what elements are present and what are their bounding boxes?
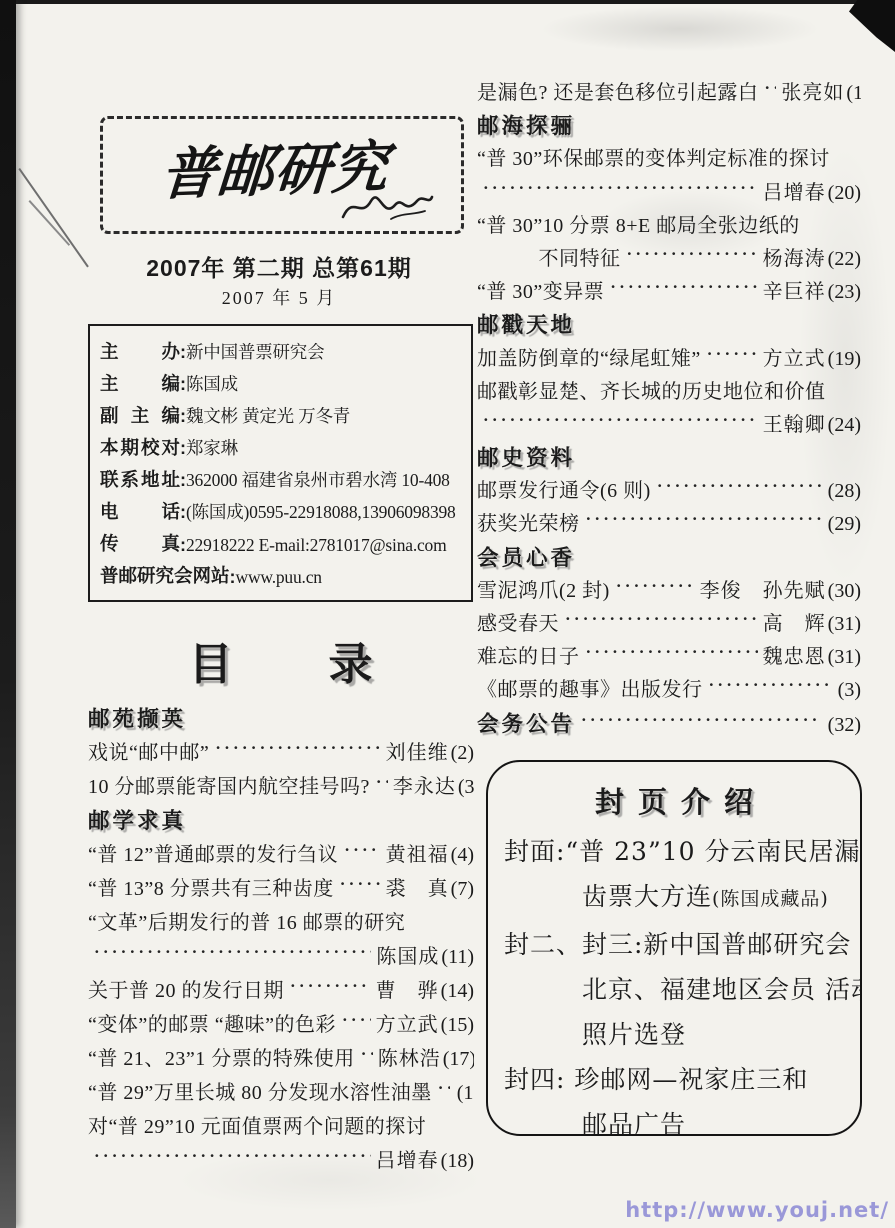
toc-item-row: 《邮票的趣事》出版发行(3) <box>477 673 861 706</box>
toc-section-header-label: 邮海探骊 <box>477 109 575 140</box>
toc-item-row: “变体”的邮票 “趣味”的色彩方立武(15) <box>88 1008 474 1042</box>
toc-item-author: 方立武 <box>376 1008 439 1037</box>
info-label: 主办 <box>100 338 180 364</box>
cover-intro-line: 邮品广告 <box>504 1102 844 1136</box>
leader-dots <box>290 977 371 997</box>
toc-item-row: 吕增春(20) <box>477 176 861 209</box>
leader-dots <box>627 245 758 265</box>
toc-item-row: “普 30”变异票辛巨祥(23) <box>477 275 861 308</box>
toc-section-header-label: 邮学求真 <box>88 804 186 835</box>
toc-item-title: 关于普 20 的发行日期 <box>88 974 284 1003</box>
cover-intro-line: 封四: 珍邮网—祝家庄三和 <box>504 1057 844 1102</box>
toc-item-author: 裘 真 <box>386 872 449 901</box>
publication-info-row: 主编:陈国成 <box>100 370 461 396</box>
toc-item-row: “普 12”普通邮票的发行刍议黄祖福(4) <box>88 838 474 872</box>
leader-dots <box>764 79 776 99</box>
toc-item-title: 邮票发行通令(6 则) <box>477 474 651 503</box>
cover-intro-line: 齿票大方连(陈国成藏品) <box>504 874 844 922</box>
scan-scratch-line <box>18 168 88 267</box>
leader-dots <box>344 841 380 861</box>
cover-line-text: 封面:“普 23”10 分云南民居漏 <box>504 837 861 866</box>
info-value: 魏文彬 黄定光 万冬青 <box>186 406 350 426</box>
leader-dots <box>610 278 757 298</box>
masthead-logo-box: 普邮研究 <box>100 116 464 234</box>
toc-item-row: 对“普 29”10 元面值票两个问题的探讨 <box>88 1110 474 1144</box>
toc-item-author: 刘佳维 <box>386 736 449 765</box>
toc-item-page: (24) <box>828 414 861 437</box>
leader-dots <box>565 610 758 630</box>
cover-intro-title: 封页介绍 <box>504 780 844 821</box>
toc-item-row: 加盖防倒章的“绿尾虹雉”方立式(19) <box>477 342 861 375</box>
publication-info-box: 主办:新中国普票研究会主编:陈国成副主编:魏文彬 黄定光 万冬青本期校对:郑家琳… <box>88 324 473 602</box>
toc-item-title: “普 12”普通邮票的发行刍议 <box>88 838 338 867</box>
toc-item-author: 辛巨祥 <box>763 275 826 304</box>
toc-item-author: 张亮如 <box>781 76 844 105</box>
cover-intro-lines: 封面:“普 23”10 分云南民居漏 齿票大方连(陈国成藏品)封二、封三:新中国… <box>504 829 844 1136</box>
toc-item-page: (17) <box>443 1048 474 1071</box>
toc-item-author: 王翰卿 <box>763 408 826 437</box>
toc-item-title: 10 分邮票能寄国内航空挂号吗? <box>88 770 370 799</box>
publication-info-row: 电话:(陈国成)0595-22918088,13906098398 <box>100 498 461 524</box>
publication-info-row: 联系地址:362000 福建省泉州市碧水湾 10-408 <box>100 466 461 492</box>
publication-info-row: 本期校对:郑家琳 <box>100 434 461 460</box>
publication-info-row: 传真:22918222 E-mail:2781017@sina.com <box>100 530 461 556</box>
toc-section-header-row: 邮苑撷英 <box>88 702 474 736</box>
publication-info-rows: 主办:新中国普票研究会主编:陈国成副主编:魏文彬 黄定光 万冬青本期校对:郑家琳… <box>100 338 461 588</box>
toc-item-row: “文革”后期发行的普 16 邮票的研究 <box>88 906 474 940</box>
toc-item-author: 李永达 <box>393 770 456 799</box>
cover-intro-box: 封页介绍 封面:“普 23”10 分云南民居漏 齿票大方连(陈国成藏品)封二、封… <box>486 760 862 1136</box>
toc-item-page: (14) <box>441 980 474 1003</box>
info-label: 主编 <box>100 370 180 396</box>
cover-line-text: 齿票大方连 <box>504 882 712 911</box>
publication-info-row: 普邮研究会网站:www.puu.cn <box>100 562 461 588</box>
toc-item-row: 陈国成(11) <box>88 940 474 974</box>
toc-item-row: 10 分邮票能寄国内航空挂号吗?李永达(3) <box>88 770 474 804</box>
toc-item-page: (32) <box>828 714 861 737</box>
info-value: 362000 福建省泉州市碧水湾 10-408 <box>186 470 450 490</box>
toc-item-row: 获奖光荣榜(29) <box>477 507 861 540</box>
toc-item-title: 加盖防倒章的“绿尾虹雉” <box>477 342 701 371</box>
toc-item-page: (17) <box>457 1082 474 1105</box>
toc-item-title: “普 30”10 分票 8+E 邮局全张边纸的 <box>477 209 800 238</box>
toc-section-header-row: 邮海探骊 <box>477 109 861 142</box>
cover-line-text: 照片选登 <box>504 1020 686 1049</box>
leader-dots <box>342 1011 371 1031</box>
toc-item-page: (15) <box>441 1014 474 1037</box>
publication-info-row: 主办:新中国普票研究会 <box>100 338 461 364</box>
info-value: 新中国普票研究会 <box>186 342 324 362</box>
toc-title: 目 录 <box>88 628 473 692</box>
toc-item-page: (31) <box>828 613 861 636</box>
toc-item-page: (20) <box>828 182 861 205</box>
cover-line-text: 封四: 珍邮网—祝家庄三和 <box>504 1065 808 1094</box>
cover-intro-line: 封面:“普 23”10 分云南民居漏 <box>504 829 844 874</box>
toc-section-header-label: 邮史资料 <box>477 441 575 472</box>
toc-item-page: (19) <box>828 348 861 371</box>
info-value: 郑家琳 <box>186 438 238 458</box>
toc-item-row: 吕增春(18) <box>88 1144 474 1178</box>
toc-section-header-label: 会员心香 <box>477 541 575 572</box>
toc-item-row: 是漏色? 还是套色移位引起露白张亮如(19) <box>477 76 861 109</box>
cover-intro-line: 北京、福建地区会员 活动 <box>504 967 844 1012</box>
toc-item-page: (7) <box>451 878 474 901</box>
toc-item-title: 感受春天 <box>477 607 559 636</box>
leader-dots <box>438 1079 450 1099</box>
info-label: 普邮研究会网站 <box>100 562 230 588</box>
leader-dots <box>94 943 371 963</box>
toc-item-page: (28) <box>828 480 861 503</box>
cover-line-text: 封二、封三:新中国普邮研究会 <box>504 930 851 959</box>
toc-section-header-label: 邮苑撷英 <box>88 702 186 733</box>
leader-dots <box>586 510 821 530</box>
cover-line-text: 邮品广告 <box>504 1110 686 1136</box>
scanned-magazine-toc-page: 普邮研究 2007年 第二期 总第61期 2007 年 5 月 主办:新中国普票… <box>0 0 895 1228</box>
toc-item-page: (3) <box>838 679 861 702</box>
leader-dots <box>586 643 758 663</box>
toc-item-title: “普 30”环保邮票的变体判定标准的探讨 <box>477 142 830 171</box>
toc-item-page: (3) <box>458 776 474 799</box>
scan-scratch-line <box>29 200 70 246</box>
toc-item-author: 方立式 <box>763 342 826 371</box>
toc-item-title: 获奖光荣榜 <box>477 507 580 536</box>
cover-line-note: (陈国成藏品) <box>712 888 829 910</box>
toc-item-title: “普 21、23”1 分票的特殊使用 <box>88 1042 355 1071</box>
scan-edge-left-binding <box>0 0 16 1228</box>
toc-item-author: 吕增春 <box>376 1144 439 1173</box>
toc-item-author: 杨海涛 <box>763 242 826 271</box>
toc-item-author: 黄祖福 <box>386 838 449 867</box>
toc-right-list: 是漏色? 还是套色移位引起露白张亮如(19)邮海探骊“普 30”环保邮票的变体判… <box>477 76 861 740</box>
issue-date-line: 2007 年 5 月 <box>100 284 458 310</box>
toc-right-column: 是漏色? 还是套色移位引起露白张亮如(19)邮海探骊“普 30”环保邮票的变体判… <box>477 76 861 748</box>
toc-item-row: 雪泥鸿爪(2 封)李俊 孙先赋(30) <box>477 574 861 607</box>
cover-intro-line: 照片选登 <box>504 1012 844 1057</box>
toc-item-title: 对“普 29”10 元面值票两个问题的探讨 <box>88 1110 426 1139</box>
info-label: 电话 <box>100 498 180 524</box>
toc-item-page: (29) <box>828 513 861 536</box>
toc-item-title: “普 29”万里长城 80 分发现水溶性油墨 <box>88 1076 432 1105</box>
toc-item-title: 不同特征 <box>477 242 621 271</box>
toc-item-page: (30) <box>828 580 861 603</box>
leader-dots <box>483 179 758 199</box>
leader-dots <box>483 411 758 431</box>
toc-item-author: 魏忠恩 <box>763 640 826 669</box>
leader-dots <box>581 711 821 731</box>
toc-item-row: “普 13”8 分票共有三种齿度裘 真(7) <box>88 872 474 906</box>
leader-dots <box>94 1147 371 1167</box>
leader-dots <box>361 1045 373 1065</box>
scan-edge-top <box>0 0 895 4</box>
toc-item-page: (22) <box>828 248 861 271</box>
toc-item-row: “普 21、23”1 分票的特殊使用陈林浩(17) <box>88 1042 474 1076</box>
info-label: 本期校对 <box>100 434 180 460</box>
leader-dots <box>215 739 380 759</box>
toc-item-title: 是漏色? 还是套色移位引起露白 <box>477 76 758 105</box>
toc-section-header-row: 邮戳天地 <box>477 308 861 341</box>
toc-item-page: (19) <box>846 82 861 105</box>
toc-item-row: “普 30”10 分票 8+E 邮局全张边纸的 <box>477 209 861 242</box>
toc-section-header-row: 会务公告(32) <box>477 707 861 740</box>
toc-item-title: 邮戳彰显楚、齐长城的历史地位和价值 <box>477 375 826 404</box>
toc-section-header-row: 邮学求真 <box>88 804 474 838</box>
toc-item-row: 感受春天高 辉(31) <box>477 607 861 640</box>
toc-item-row: “普 29”万里长城 80 分发现水溶性油墨(17) <box>88 1076 474 1110</box>
leader-dots <box>657 477 821 497</box>
leader-dots <box>709 676 831 696</box>
info-value: www.puu.cn <box>236 567 322 587</box>
footer-watermark-url: http://www.youj.net/ <box>625 1198 889 1222</box>
toc-item-title: “文革”后期发行的普 16 邮票的研究 <box>88 906 405 935</box>
toc-item-title: 戏说“邮中邮” <box>88 736 209 765</box>
toc-item-row: 难忘的日子魏忠恩(31) <box>477 640 861 673</box>
toc-item-page: (11) <box>441 946 474 969</box>
toc-item-page: (31) <box>828 646 861 669</box>
toc-left-list: 邮苑撷英戏说“邮中邮”刘佳维(2)10 分邮票能寄国内航空挂号吗?李永达(3)邮… <box>88 702 474 1178</box>
toc-item-page: (23) <box>828 281 861 304</box>
toc-item-author: 陈国成 <box>376 940 439 969</box>
toc-item-author: 吕增春 <box>763 176 826 205</box>
toc-item-row: 关于普 20 的发行日期曹 骅(14) <box>88 974 474 1008</box>
toc-section-header-row: 邮史资料 <box>477 441 861 474</box>
toc-left-column: 邮苑撷英戏说“邮中邮”刘佳维(2)10 分邮票能寄国内航空挂号吗?李永达(3)邮… <box>88 702 474 1198</box>
toc-item-author: 高 辉 <box>763 607 826 636</box>
toc-section-header-label: 会务公告 <box>477 707 575 738</box>
info-label: 联系地址 <box>100 466 180 492</box>
toc-item-page: (2) <box>451 742 474 765</box>
toc-item-page: (4) <box>451 844 474 867</box>
info-value: (陈国成)0595-22918088,13906098398 <box>186 502 456 522</box>
cover-line-text: 北京、福建地区会员 活动 <box>504 975 862 1004</box>
toc-item-row: 邮戳彰显楚、齐长城的历史地位和价值 <box>477 375 861 408</box>
issue-number-line: 2007年 第二期 总第61期 <box>100 250 458 283</box>
toc-item-title: “普 30”变异票 <box>477 275 604 304</box>
toc-item-page: (18) <box>441 1150 474 1173</box>
leader-dots <box>616 577 695 597</box>
toc-item-row: “普 30”环保邮票的变体判定标准的探讨 <box>477 142 861 175</box>
publication-info-row: 副主编:魏文彬 黄定光 万冬青 <box>100 402 461 428</box>
toc-item-title: 难忘的日子 <box>477 640 580 669</box>
toc-item-row: 不同特征杨海涛(22) <box>477 242 861 275</box>
leader-dots <box>707 345 758 365</box>
toc-item-row: 邮票发行通令(6 则)(28) <box>477 474 861 507</box>
leader-dots <box>376 773 388 793</box>
toc-item-title: “变体”的邮票 “趣味”的色彩 <box>88 1008 336 1037</box>
cover-intro-line: 封二、封三:新中国普邮研究会 <box>504 922 844 967</box>
info-label: 副主编 <box>100 402 180 428</box>
signature-scribble-icon <box>339 185 435 227</box>
info-value: 22918222 E-mail:2781017@sina.com <box>186 535 447 555</box>
toc-item-row: 王翰卿(24) <box>477 408 861 441</box>
info-label: 传真 <box>100 530 180 556</box>
toc-item-title: “普 13”8 分票共有三种齿度 <box>88 872 334 901</box>
scan-corner-mark <box>849 0 895 52</box>
toc-section-header-label: 邮戳天地 <box>477 308 575 339</box>
toc-item-author: 陈林浩 <box>378 1042 441 1071</box>
toc-section-header-row: 会员心香 <box>477 541 861 574</box>
scan-smudge <box>540 6 820 52</box>
toc-item-author: 李俊 孙先赋 <box>700 574 826 603</box>
info-value: 陈国成 <box>186 374 238 394</box>
toc-item-row: 戏说“邮中邮”刘佳维(2) <box>88 736 474 770</box>
toc-item-title: 雪泥鸿爪(2 封) <box>477 574 610 603</box>
toc-item-title: 《邮票的趣事》出版发行 <box>477 673 703 702</box>
leader-dots <box>340 875 381 895</box>
toc-item-author: 曹 骅 <box>376 974 439 1003</box>
